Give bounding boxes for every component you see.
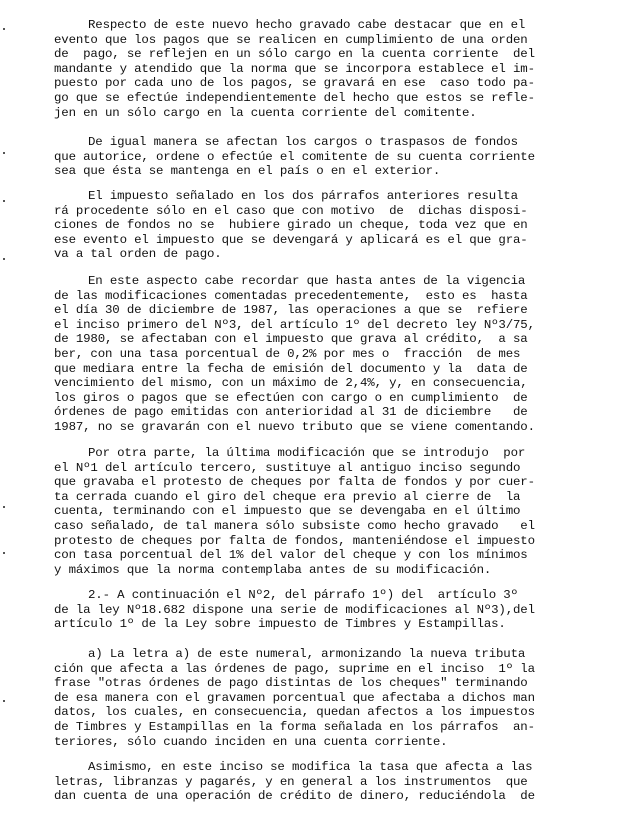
text-line: de la ley Nº18.682 dispone una serie de … bbox=[54, 603, 624, 618]
paragraph-rate-modification: Asimismo, en este inciso se modifica la … bbox=[54, 760, 624, 804]
text-line: el inciso primero del Nº3, del artículo … bbox=[54, 318, 624, 333]
paragraph-section-2: 2.- A continuación el Nº2, del párrafo 1… bbox=[54, 588, 624, 632]
scan-speck bbox=[3, 506, 5, 508]
text-line: 2.- A continuación el Nº2, del párrafo 1… bbox=[54, 588, 624, 603]
text-line: frase "otras órdenes de pago distintas d… bbox=[54, 676, 624, 691]
text-line: El impuesto señalado en los dos párrafos… bbox=[54, 189, 624, 204]
text-line: los giros o pagos que se efectúen con ca… bbox=[54, 391, 624, 406]
text-line: teriores, sólo cuando inciden en una cue… bbox=[54, 735, 624, 750]
text-line: órdenes de pago emitidas con anteriorida… bbox=[54, 405, 624, 420]
text-line: evento que los pagos que se realicen en … bbox=[54, 33, 624, 48]
text-line: cuenta, terminando con el impuesto que s… bbox=[54, 504, 624, 519]
text-line: caso señalado, de tal manera sólo subsis… bbox=[54, 519, 624, 534]
scan-speck bbox=[3, 28, 5, 30]
paragraph-letter-a: a) La letra a) de este numeral, armoniza… bbox=[54, 647, 624, 749]
text-line: vencimiento del mismo, con un máximo de … bbox=[54, 376, 624, 391]
text-line: Por otra parte, la última modificación q… bbox=[54, 446, 624, 461]
text-line: go que se efectúe independientemente del… bbox=[54, 91, 624, 106]
text-line: de pago, se reflejen en un sólo cargo en… bbox=[54, 47, 624, 62]
text-line: de esa manera con el gravamen porcentual… bbox=[54, 691, 624, 706]
text-line: ción que afecta a las órdenes de pago, s… bbox=[54, 662, 624, 677]
text-line: que autorice, ordene o efectúe el comite… bbox=[54, 150, 624, 165]
scan-speck bbox=[3, 152, 5, 154]
text-line: ciones de fondos no se hubiere girado un… bbox=[54, 218, 624, 233]
scan-speck bbox=[3, 552, 5, 554]
text-line: dan cuenta de una operación de crédito d… bbox=[54, 789, 624, 804]
text-line: el Nº1 del artículo tercero, sustituye a… bbox=[54, 461, 624, 476]
text-line: rá procedente sólo en el caso que con mo… bbox=[54, 204, 624, 219]
text-line: mandante y atendido que la norma que se … bbox=[54, 62, 624, 77]
text-line: De igual manera se afectan los cargos o … bbox=[54, 135, 624, 150]
text-line: Respecto de este nuevo hecho gravado cab… bbox=[54, 18, 624, 33]
text-line: artículo 1º de la Ley sobre impuesto de … bbox=[54, 617, 624, 632]
text-line: Asimismo, en este inciso se modifica la … bbox=[54, 760, 624, 775]
scan-speck bbox=[3, 200, 5, 202]
text-line: ber, con una tasa porcentual de 0,2% por… bbox=[54, 347, 624, 362]
text-line: ta cerrada cuando el giro del cheque era… bbox=[54, 490, 624, 505]
text-line: En este aspecto cabe recordar que hasta … bbox=[54, 274, 624, 289]
paragraph-tax-applicability: El impuesto señalado en los dos párrafos… bbox=[54, 189, 624, 262]
paragraph-prior-regime: En este aspecto cabe recordar que hasta … bbox=[54, 274, 624, 435]
text-line: y máximos que la norma contemplaba antes… bbox=[54, 563, 624, 578]
text-line: va a tal orden de pago. bbox=[54, 247, 624, 262]
text-line: 1987, no se gravarán con el nuevo tribut… bbox=[54, 420, 624, 435]
text-line: que gravaba el protesto de cheques por f… bbox=[54, 475, 624, 490]
paragraph-last-modification: Por otra parte, la última modificación q… bbox=[54, 446, 624, 577]
text-line: a) La letra a) de este numeral, armoniza… bbox=[54, 647, 624, 662]
text-line: jen en un sólo cargo en la cuenta corrie… bbox=[54, 106, 624, 121]
text-line: que mediara entre la fecha de emisión de… bbox=[54, 362, 624, 377]
text-line: de Timbres y Estampillas en la forma señ… bbox=[54, 720, 624, 735]
text-line: ese evento el impuesto que se devengará … bbox=[54, 233, 624, 248]
paragraph-fund-transfers: De igual manera se afectan los cargos o … bbox=[54, 135, 624, 179]
text-line: sea que ésta se mantenga en el país o en… bbox=[54, 164, 624, 179]
text-line: protesto de cheques por falta de fondos,… bbox=[54, 534, 624, 549]
text-line: de las modificaciones comentadas precede… bbox=[54, 289, 624, 304]
text-line: el día 30 de diciembre de 1987, las oper… bbox=[54, 303, 624, 318]
text-line: puesto por cada uno de los pagos, se gra… bbox=[54, 76, 624, 91]
text-line: de 1980, se afectaban con el impuesto qu… bbox=[54, 332, 624, 347]
text-line: datos, los cuales, en consecuencia, qued… bbox=[54, 705, 624, 720]
paragraph-new-taxable-event: Respecto de este nuevo hecho gravado cab… bbox=[54, 18, 624, 120]
scan-speck bbox=[3, 258, 5, 260]
scanned-document-page: Respecto de este nuevo hecho gravado cab… bbox=[0, 0, 630, 818]
text-line: letras, libranzas y pagarés, y en genera… bbox=[54, 775, 624, 790]
scan-speck bbox=[3, 700, 5, 702]
text-line: con tasa porcentual del 1% del valor del… bbox=[54, 548, 624, 563]
